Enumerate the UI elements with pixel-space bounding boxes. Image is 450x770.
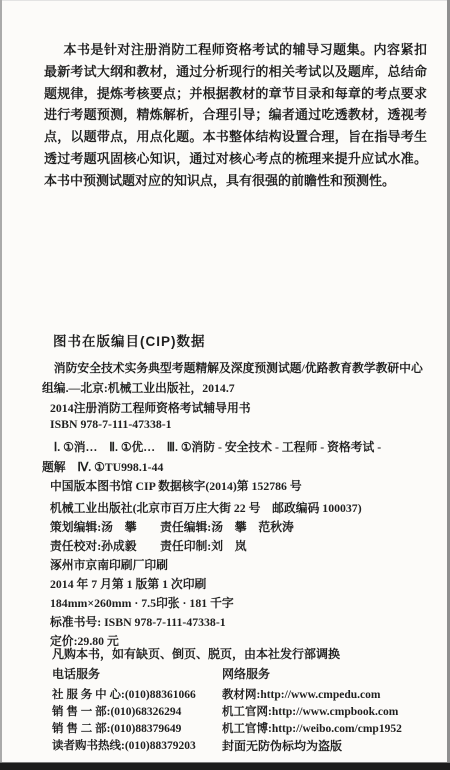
colophon: 机械工业出版社(北京市百万庄大街 22 号 邮政编码 100037) 策划编辑:… xyxy=(50,499,430,651)
scan-edge-top xyxy=(0,0,450,1)
colophon-format-line: 184mm×260mm · 7.5印张 · 181 千字 xyxy=(50,594,430,613)
scan-edge-left xyxy=(0,0,2,770)
cip-record-number: 中国版本图书馆 CIP 数据核字(2014)第 152786 号 xyxy=(50,477,302,494)
phone-service-column: 电话服务 社 服 务 中 心:(010)88361066 销 售 一 部:(01… xyxy=(52,666,220,755)
service-row-sales-dept2: 销 售 二 部:(010)88379649 xyxy=(52,721,220,738)
network-service-header: 网络服务 xyxy=(222,666,428,683)
cip-entry: 消防安全技术实务典型考题精解及深度预测试题/优路教育教学教研中心 组编.—北京:… xyxy=(42,358,436,398)
cip-series-note: 2014注册消防工程师资格考试辅导用书 xyxy=(50,399,251,416)
colophon-editors-line: 策划编辑:汤 攀 责任编辑:汤 攀 范秋涛 xyxy=(50,518,430,537)
colophon-edition-line: 2014 年 7 月第 1 版第 1 次印刷 xyxy=(50,575,430,594)
cip-classification: Ⅰ. ①消… Ⅱ. ①优… Ⅲ. ①消防 - 安全技术 - 工程师 - 资格考试… xyxy=(42,438,436,477)
cip-isbn: ISBN 978-7-111-47338-1 xyxy=(50,417,172,432)
phone-service-header: 电话服务 xyxy=(52,666,220,683)
service-row-weibo: 机工官博:http://weibo.com/cmp1952 xyxy=(222,721,428,738)
colophon-publisher-line: 机械工业出版社(北京市百万庄大街 22 号 邮政编码 100037) xyxy=(50,499,430,518)
service-row-reader-hotline: 读者购书热线:(010)88379203 xyxy=(52,738,220,755)
intro-paragraph: 本书是针对注册消防工程师资格考试的辅导习题集。内容紧扣最新考试大纲和教材，通过分… xyxy=(44,39,427,192)
colophon-proofreader-line: 责任校对:孙成毅 责任印制:刘 岚 xyxy=(50,537,430,556)
scan-edge-bottom xyxy=(0,762,450,770)
cip-heading: 图书在版编目(CIP)数据 xyxy=(53,330,206,350)
colophon-isbn-line: 标准书号: ISBN 978-7-111-47338-1 xyxy=(50,613,430,632)
network-service-column: 网络服务 教材网:http://www.cmpedu.com 机工官网:http… xyxy=(222,666,428,755)
service-row-textbook-site: 教材网:http://www.cmpedu.com xyxy=(222,687,428,704)
anti-piracy-notice: 封面无防伪标均为盗版 xyxy=(222,738,428,755)
book-copyright-page: 本书是针对注册消防工程师资格考试的辅导习题集。内容紧扣最新考试大纲和教材，通过分… xyxy=(0,0,450,770)
colophon-printer-line: 涿州市京南印刷厂印刷 xyxy=(50,556,430,575)
service-row-sales-dept1: 销 售 一 部:(010)68326294 xyxy=(52,704,220,721)
service-notice: 凡购本书，如有缺页、倒页、脱页，由本社发行部调换 xyxy=(52,645,340,662)
service-row-phone-center: 社 服 务 中 心:(010)88361066 xyxy=(52,687,220,704)
service-row-official-site: 机工官网:http://www.cmpbook.com xyxy=(222,704,428,721)
